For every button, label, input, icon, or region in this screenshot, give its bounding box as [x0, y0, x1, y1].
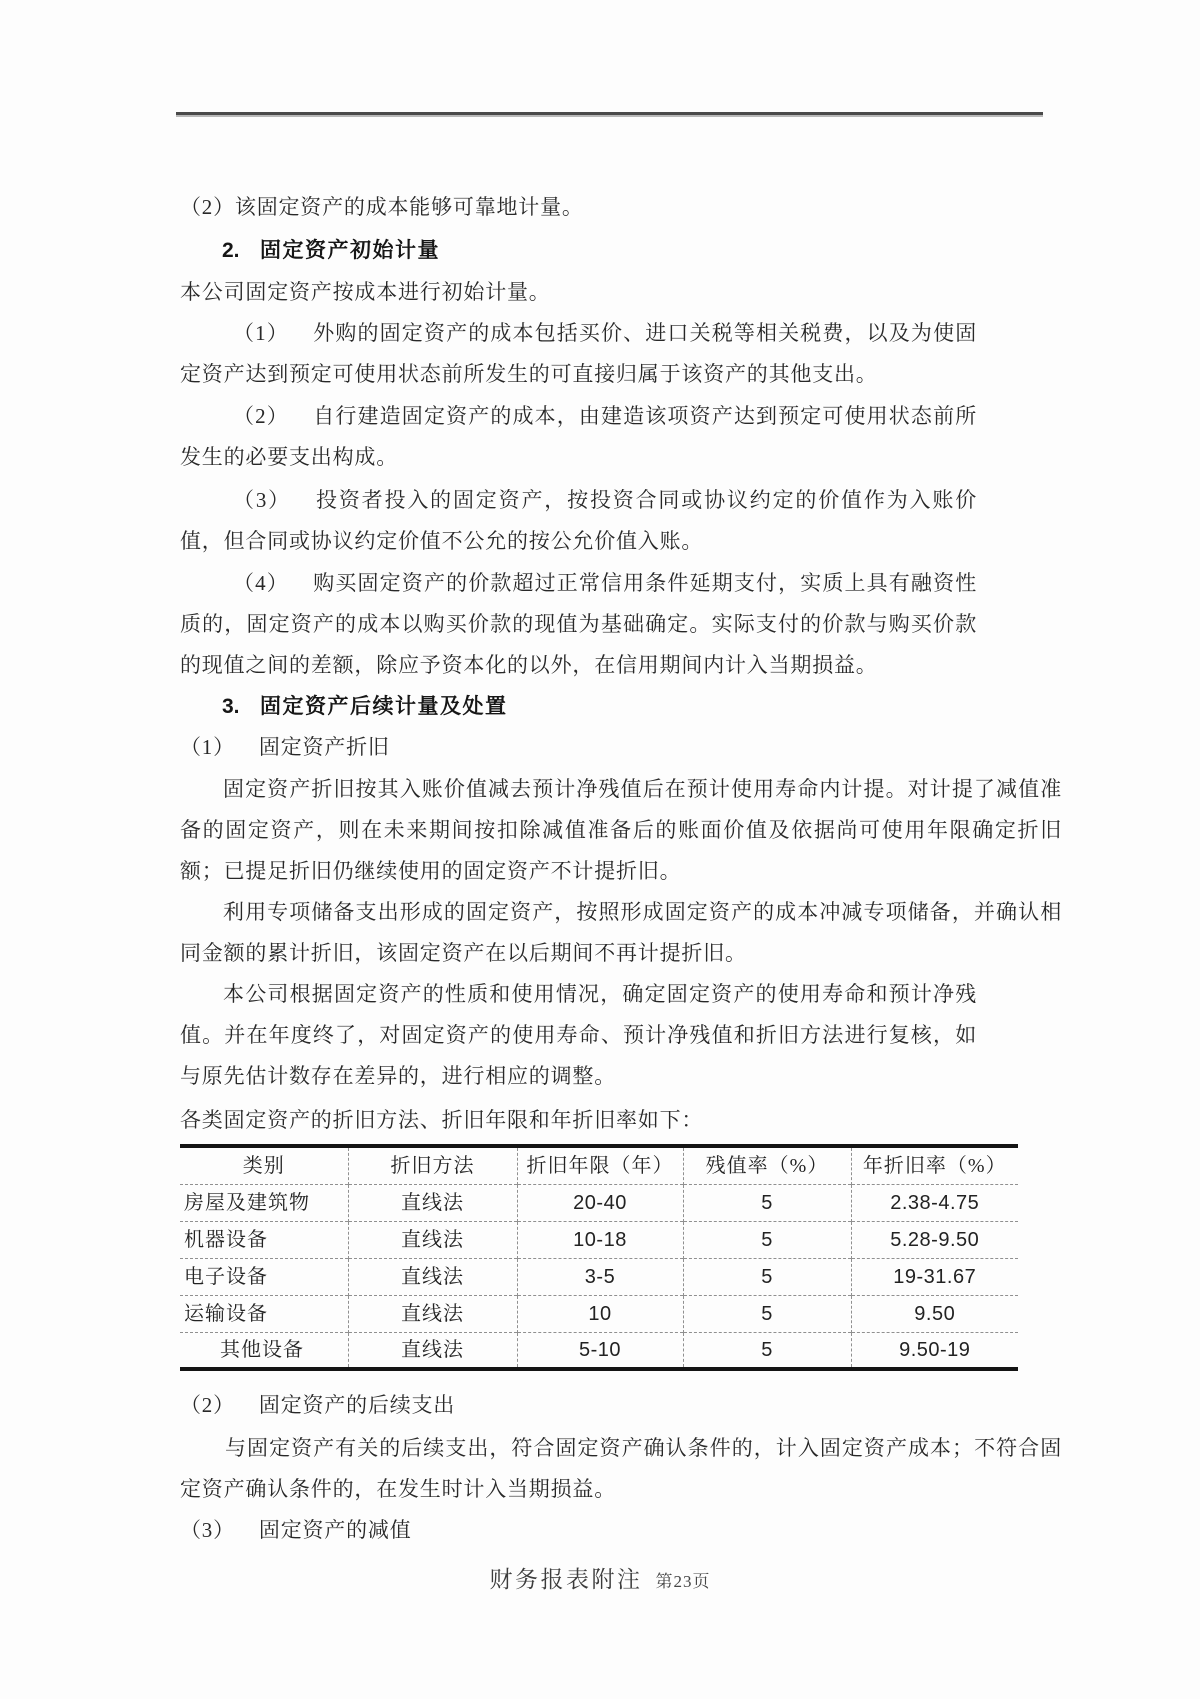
paragraph-subsequent: 与固定资产有关的后续支出，符合固定资产确认条件的，计入固定资产成本；不符合固定资…: [180, 1428, 1062, 1510]
paragraph-lead: 本公司固定资产按成本进行初始计量。: [180, 272, 1062, 313]
depreciation-table: 类别 折旧方法 折旧年限（年） 残值率（%） 年折旧率（%） 房屋及建筑物 直线…: [180, 1144, 1018, 1371]
table-cell-method: 直线法: [348, 1221, 517, 1258]
table-cell-years: 10-18: [517, 1221, 683, 1258]
paragraph-table-lead: 各类固定资产的折旧方法、折旧年限和年折旧率如下：: [180, 1100, 1062, 1141]
table-cell-category: 运输设备: [180, 1295, 348, 1332]
table-header-row: 类别 折旧方法 折旧年限（年） 残值率（%） 年折旧率（%）: [180, 1146, 1018, 1184]
section-title: 固定资产初始计量: [260, 239, 440, 262]
paragraph-criterion-2: （2）该固定资产的成本能够可靠地计量。: [180, 187, 1062, 228]
table-cell-rate: 2.38-4.75: [851, 1184, 1018, 1221]
table-cell-category: 房屋及建筑物: [180, 1184, 348, 1221]
table-cell-category: 机器设备: [180, 1221, 348, 1258]
list-item-3: （3）投资者投入的固定资产，按投资合同或协议约定的价值作为入账价值，但合同或协议…: [180, 480, 977, 562]
table-cell-category: 其他设备: [180, 1332, 348, 1369]
table-cell-category: 电子设备: [180, 1258, 348, 1295]
item-text: 外购的固定资产的成本包括买价、进口关税等相关税费，以及为使固定资产达到预定可使用…: [180, 321, 977, 386]
table-header-cell: 折旧方法: [348, 1146, 517, 1184]
paragraph-depreciation-2: 利用专项储备支出形成的固定资产，按照形成固定资产的成本冲减专项储备，并确认相同金…: [180, 892, 1062, 974]
table-header-cell: 残值率（%）: [683, 1146, 851, 1184]
item-label: （4）: [233, 571, 289, 595]
subsection-heading-subsequent: （2）固定资产的后续支出: [180, 1385, 1062, 1426]
list-item-2: （2）自行建造固定资产的成本，由建造该项资产达到预定可使用状态前所发生的必要支出…: [180, 396, 977, 478]
table-cell-residual: 5: [683, 1221, 851, 1258]
table-cell-years: 5-10: [517, 1332, 683, 1369]
table-row: 房屋及建筑物 直线法 20-40 5 2.38-4.75: [180, 1184, 1018, 1221]
list-item-4: （4）购买固定资产的价款超过正常信用条件延期支付，实质上具有融资性质的，固定资产…: [180, 563, 977, 686]
table-cell-method: 直线法: [348, 1184, 517, 1221]
table-cell-years: 10: [517, 1295, 683, 1332]
page-content: （2）该固定资产的成本能够可靠地计量。 2.固定资产初始计量 本公司固定资产按成…: [180, 0, 1062, 1551]
subsection-heading-depreciation: （1）固定资产折旧: [180, 727, 1062, 768]
item-text: 自行建造固定资产的成本，由建造该项资产达到预定可使用状态前所发生的必要支出构成。: [180, 404, 977, 469]
paragraph-depreciation-1: 固定资产折旧按其入账价值减去预计净残值后在预计使用寿命内计提。对计提了减值准备的…: [180, 769, 1062, 892]
table-cell-residual: 5: [683, 1332, 851, 1369]
item-text: 投资者投入的固定资产，按投资合同或协议约定的价值作为入账价值，但合同或协议约定价…: [180, 488, 977, 553]
table-row: 其他设备 直线法 5-10 5 9.50-19: [180, 1332, 1018, 1369]
table-cell-residual: 5: [683, 1295, 851, 1332]
table-cell-method: 直线法: [348, 1295, 517, 1332]
table-cell-years: 20-40: [517, 1184, 683, 1221]
paragraph-depreciation-3: 本公司根据固定资产的性质和使用情况，确定固定资产的使用寿命和预计净残值。并在年度…: [180, 974, 977, 1097]
footer-page-number: 第23页: [656, 1572, 711, 1591]
item-label: （3）: [233, 488, 291, 512]
section-heading-2: 2.固定资产初始计量: [222, 230, 1062, 271]
table-cell-rate: 19-31.67: [851, 1258, 1018, 1295]
section-heading-3: 3.固定资产后续计量及处置: [222, 686, 1062, 727]
table-header-cell: 折旧年限（年）: [517, 1146, 683, 1184]
table-cell-method: 直线法: [348, 1332, 517, 1369]
table-header-cell: 类别: [180, 1146, 348, 1184]
subsection-label: （1）: [180, 735, 235, 759]
item-label: （2）: [233, 404, 289, 428]
table-cell-residual: 5: [683, 1184, 851, 1221]
list-item-1: （1）外购的固定资产的成本包括买价、进口关税等相关税费，以及为使固定资产达到预定…: [180, 313, 977, 395]
page-footer: 财务报表附注第23页: [0, 1565, 1200, 1597]
subsection-label: （3）: [180, 1518, 235, 1542]
table-cell-years: 3-5: [517, 1258, 683, 1295]
subsection-title: 固定资产的减值: [259, 1518, 412, 1542]
section-number: 2.: [222, 230, 260, 271]
table-row: 机器设备 直线法 10-18 5 5.28-9.50: [180, 1221, 1018, 1258]
subsection-label: （2）: [180, 1393, 235, 1417]
table-cell-rate: 9.50-19: [851, 1332, 1018, 1369]
table-cell-rate: 9.50: [851, 1295, 1018, 1332]
table-cell-rate: 5.28-9.50: [851, 1221, 1018, 1258]
table-cell-method: 直线法: [348, 1258, 517, 1295]
table-cell-residual: 5: [683, 1258, 851, 1295]
section-number: 3.: [222, 686, 260, 727]
item-text: 购买固定资产的价款超过正常信用条件延期支付，实质上具有融资性质的，固定资产的成本…: [180, 571, 977, 677]
section-title: 固定资产后续计量及处置: [260, 695, 508, 718]
table-row: 电子设备 直线法 3-5 5 19-31.67: [180, 1258, 1018, 1295]
table-header-cell: 年折旧率（%）: [851, 1146, 1018, 1184]
document-page: （2）该固定资产的成本能够可靠地计量。 2.固定资产初始计量 本公司固定资产按成…: [0, 0, 1200, 1699]
table-row: 运输设备 直线法 10 5 9.50: [180, 1295, 1018, 1332]
footer-title: 财务报表附注: [490, 1567, 643, 1592]
item-label: （1）: [233, 321, 289, 345]
subsection-title: 固定资产的后续支出: [259, 1393, 455, 1417]
subsection-title: 固定资产折旧: [259, 735, 390, 759]
subsection-heading-impairment: （3）固定资产的减值: [180, 1510, 1062, 1551]
